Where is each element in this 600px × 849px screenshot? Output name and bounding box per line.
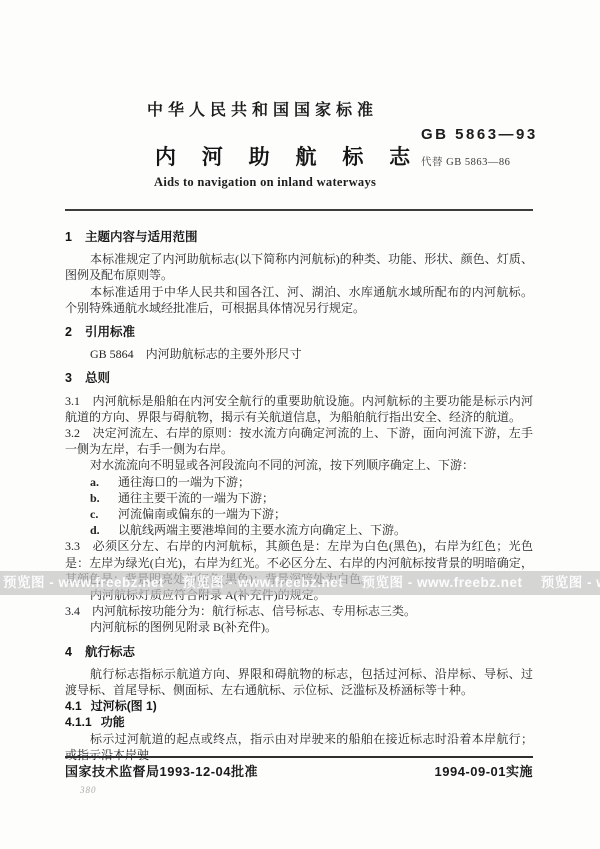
list-item-d: d.以航线两端主要港埠间的主要水流方向确定上、下游。 [65, 522, 533, 538]
section-heading-4: 4航行标志 [65, 644, 533, 660]
section-title: 航行标志 [85, 645, 135, 659]
standard-category: 中华人民共和国国家标准 [147, 97, 378, 120]
subsection-heading-4-1: 4.1过河标(图 1) [65, 698, 533, 714]
document-title-cn: 内 河 助 航 标 志 [155, 141, 420, 171]
list-item-b: b.通往主要干流的一端为下游； [65, 490, 533, 506]
list-text: 通往主要干流的一端为下游； [118, 491, 274, 505]
section-number: 4.1.1 [65, 715, 92, 729]
watermark-text: 预览图 - www.freebz.net 预览图 - www.freebz.ne… [0, 575, 600, 590]
section-title: 引用标准 [85, 325, 135, 339]
document-title-en: Aids to navigation on inland waterways [154, 175, 376, 190]
paragraph: 内河航标的图例见附录 B(补充件)。 [65, 619, 533, 635]
list-text: 通往海口的一端为下游； [118, 475, 250, 489]
header-divider [65, 209, 533, 211]
section-number: 4 [65, 645, 72, 659]
list-text: 以航线两端主要港埠间的主要水流方向确定上、下游。 [118, 523, 406, 537]
footer-divider [65, 756, 533, 758]
list-label: c. [90, 506, 118, 522]
replaces-note: 代替 GB 5863—86 [421, 154, 510, 169]
paragraph: 标示过河航道的起点或终点，指示由对岸驶来的船舶在接近标志时沿着本岸航行；或指示沿… [65, 731, 533, 763]
paragraph: 对水流流向不明显或各河段流向不同的河流，按下列顺序确定上、下游： [65, 457, 533, 473]
section-heading-2: 2引用标准 [65, 324, 533, 340]
paragraph: 本标准规定了内河助航标志(以下简称内河航标)的种类、功能、形状、颜色、灯质、图例… [65, 251, 533, 283]
section-title: 总则 [85, 371, 110, 385]
implementation-date: 1994-09-01实施 [435, 761, 534, 780]
section-title: 功能 [101, 715, 125, 729]
subsection-heading-4-1-1: 4.1.1功能 [65, 714, 533, 730]
list-label: b. [90, 490, 118, 506]
clause-3-2: 3.2 决定河流左、右岸的原则：按水流方向确定河流的上、下游，面向河流下游，左手… [65, 425, 533, 457]
document-page: 中华人民共和国国家标准 GB 5863—93 内 河 助 航 标 志 代替 GB… [0, 0, 600, 849]
page-number: 380 [80, 785, 97, 795]
section-title: 主题内容与适用范围 [85, 230, 198, 244]
section-heading-1: 1主题内容与适用范围 [65, 229, 533, 245]
section-number: 3 [65, 371, 72, 385]
list-label: d. [90, 522, 118, 538]
clause-3-1: 3.1 内河航标是船舶在内河安全航行的重要助航设施。内河航标的主要功能是标示内河… [65, 393, 533, 425]
section-number: 2 [65, 325, 72, 339]
clause-3-4: 3.4 内河航标按功能分为：航行标志、信号标志、专用标志三类。 [65, 603, 533, 619]
standard-code: GB 5863—93 [421, 126, 538, 143]
list-item-c: c.河流偏南或偏东的一端为下游； [65, 506, 533, 522]
section-number: 1 [65, 230, 72, 244]
referenced-standard: GB 5864 内河助航标志的主要外形尺寸 [65, 346, 533, 362]
approval-authority: 国家技术监督局1993-12-04批准 [65, 761, 258, 780]
paragraph: 航行标志指标示航道方向、界限和碍航物的标志，包括过河标、沿岸标、导标、过渡导标、… [65, 666, 533, 698]
list-item-a: a.通往海口的一端为下游； [65, 474, 533, 490]
paragraph: 本标准适用于中华人民共和国各江、河、湖泊、水库通航水域所配布的内河航标。个别特殊… [65, 284, 533, 316]
document-body: 1主题内容与适用范围 本标准规定了内河助航标志(以下简称内河航标)的种类、功能、… [65, 229, 533, 763]
section-heading-3: 3总则 [65, 370, 533, 386]
section-number: 4.1 [65, 699, 82, 713]
section-title: 过河标(图 1) [91, 699, 157, 713]
watermark-band: 预览图 - www.freebz.net 预览图 - www.freebz.ne… [0, 571, 600, 595]
list-label: a. [90, 474, 118, 490]
list-text: 河流偏南或偏东的一端为下游； [118, 507, 286, 521]
